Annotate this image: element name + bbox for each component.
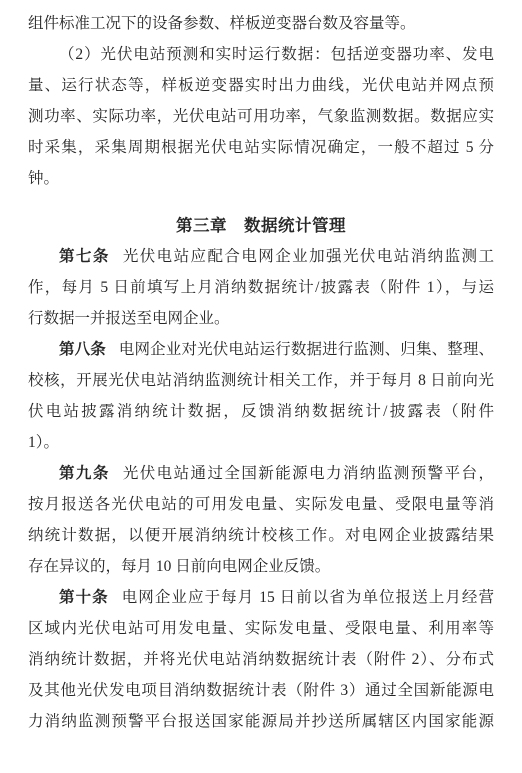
doc-line: 伏电站披露消纳统计数据，反馈消纳数据统计/披露表（附件 [28,396,494,427]
article-number: 第七条 [59,248,110,265]
chapter-heading: 第三章 数据统计管理 [28,210,494,241]
doc-line: 校核，开展光伏电站消纳监测统计相关工作，并于每月 8 日前向光 [28,365,494,396]
doc-line: 行数据一并报送至电网企业。 [28,303,494,334]
doc-line: 第九条光伏电站通过全国新能源电力消纳监测预警平台， [28,458,494,489]
doc-line: 消纳统计数据，并将光伏电站消纳数据统计表（附件 2）、分布式 [28,644,494,675]
doc-line: 按月报送各光伏电站的可用发电量、实际发电量、受限电量等消 [28,489,494,520]
article-number: 第九条 [59,465,110,482]
article-number: 第八条 [59,341,106,358]
doc-line: 第八条电网企业对光伏电站运行数据进行监测、归集、整理、 [28,334,494,365]
doc-line-text: 光伏电站通过全国新能源电力消纳监测预警平台， [123,465,494,482]
doc-line-text: 光伏电站应配合电网企业加强光伏电站消纳监测工 [123,248,494,265]
doc-line: 量、运行状态等，样板逆变器实时出力曲线，光伏电站并网点预 [28,70,494,101]
doc-line: 测功率、实际功率，光伏电站可用功率，气象监测数据。数据应实 [28,101,494,132]
doc-line-text: 电网企业应于每月 15 日前以省为单位报送上月经营 [122,589,494,606]
doc-line: （2）光伏电站预测和实时运行数据：包括逆变器功率、发电 [28,39,494,70]
doc-line: 第七条光伏电站应配合电网企业加强光伏电站消纳监测工 [28,241,494,272]
document-page: 组件标准工况下的设备参数、样板逆变器台数及容量等。 （2）光伏电站预测和实时运行… [0,0,522,773]
doc-line: 力消纳监测预警平台报送国家能源局并抄送所属辖区内国家能源 [28,706,494,737]
doc-line: 作，每月 5 日前填写上月消纳数据统计/披露表（附件 1），与运 [28,272,494,303]
doc-line: 钟。 [28,163,494,194]
doc-line: 1）。 [28,427,494,458]
doc-line: 存在异议的，每月 10 日前向电网企业反馈。 [28,551,494,582]
doc-line-text: 电网企业对光伏电站运行数据进行监测、归集、整理、 [119,341,494,358]
doc-line: 第十条电网企业应于每月 15 日前以省为单位报送上月经营 [28,582,494,613]
doc-line: 纳统计数据，以便开展消纳统计校核工作。对电网企业披露结果 [28,520,494,551]
article-number: 第十条 [59,589,109,606]
doc-line: 及其他光伏发电项目消纳数据统计表（附件 3）通过全国新能源电 [28,675,494,706]
doc-line: 组件标准工况下的设备参数、样板逆变器台数及容量等。 [28,8,494,39]
doc-line: 时采集，采集周期根据光伏电站实际情况确定，一般不超过 5 分 [28,132,494,163]
doc-line: 区域内光伏电站可用发电量、实际发电量、受限电量、利用率等 [28,613,494,644]
